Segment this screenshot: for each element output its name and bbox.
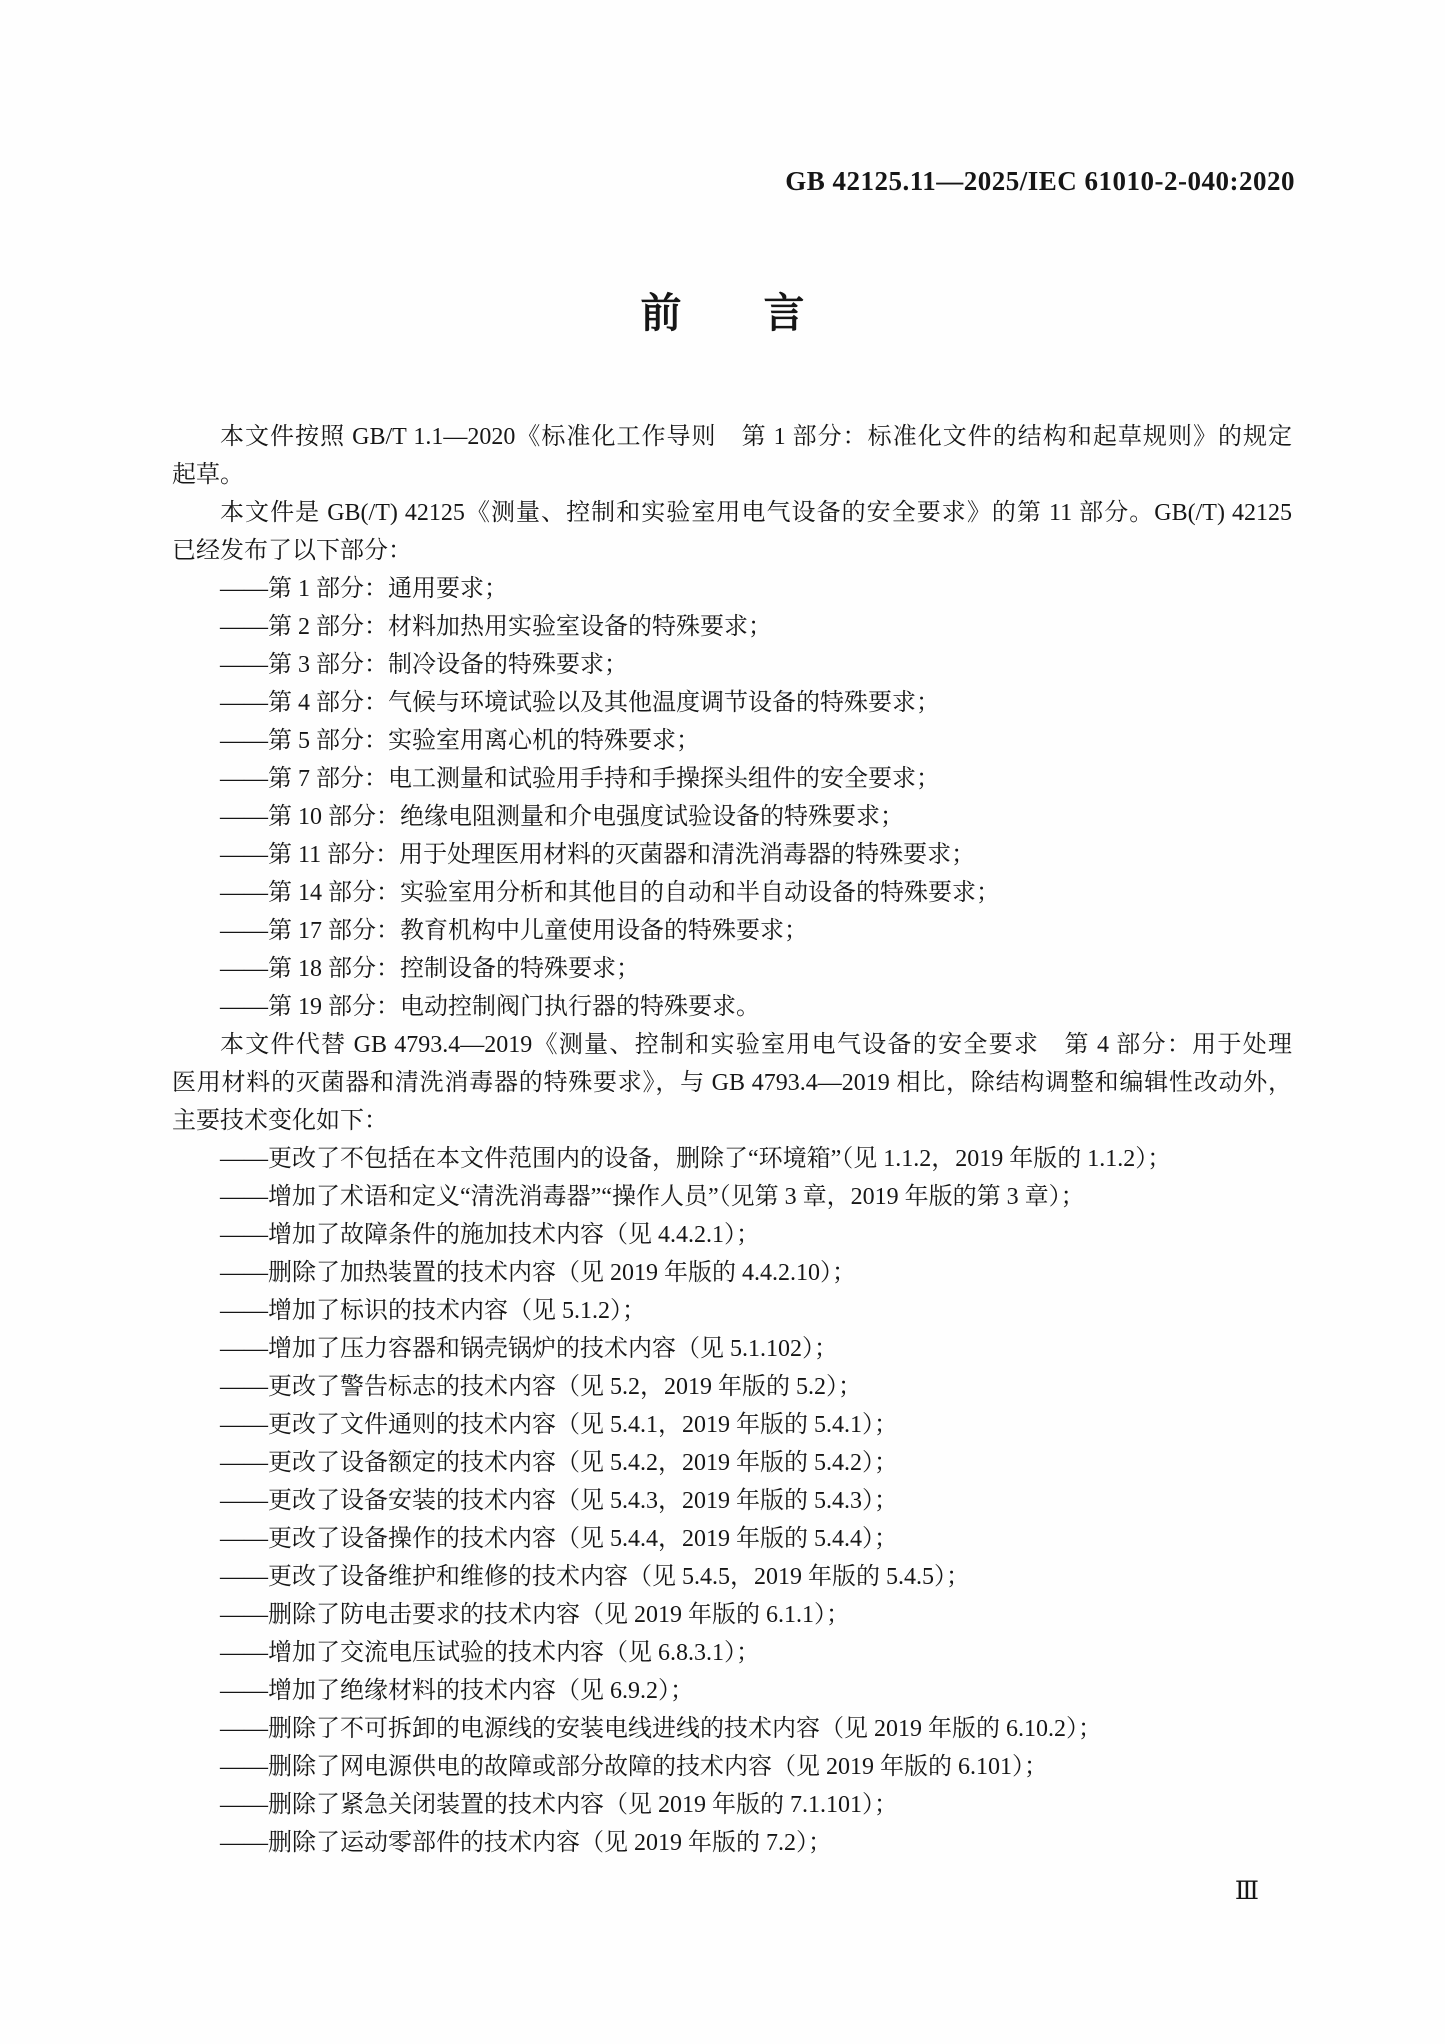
changes-list-item: ——增加了交流电压试验的技术内容（见 6.8.3.1）； <box>172 1634 1292 1672</box>
parts-list-item: ——第 2 部分：材料加热用实验室设备的特殊要求； <box>172 608 1292 646</box>
standard-number: GB 42125.11—2025/IEC 61010-2-040:2020 <box>785 166 1295 197</box>
changes-list-item: ——增加了故障条件的施加技术内容（见 4.4.2.1）； <box>172 1216 1292 1254</box>
changes-list-item: ——更改了设备安装的技术内容（见 5.4.3，2019 年版的 5.4.3）； <box>172 1482 1292 1520</box>
changes-list-item: ——删除了加热装置的技术内容（见 2019 年版的 4.4.2.10）； <box>172 1254 1292 1292</box>
changes-list-item: ——更改了设备维护和维修的技术内容（见 5.4.5，2019 年版的 5.4.5… <box>172 1558 1292 1596</box>
paragraph-line: 主要技术变化如下： <box>172 1102 1292 1140</box>
changes-list-item: ——更改了警告标志的技术内容（见 5.2，2019 年版的 5.2）； <box>172 1368 1292 1406</box>
parts-list-item: ——第 14 部分：实验室用分析和其他目的自动和半自动设备的特殊要求； <box>172 874 1292 912</box>
parts-list-item: ——第 3 部分：制冷设备的特殊要求； <box>172 646 1292 684</box>
changes-list-item: ——更改了设备额定的技术内容（见 5.4.2，2019 年版的 5.4.2）； <box>172 1444 1292 1482</box>
parts-list-item: ——第 10 部分：绝缘电阻测量和介电强度试验设备的特殊要求； <box>172 798 1292 836</box>
changes-list-item: ——删除了紧急关闭装置的技术内容（见 2019 年版的 7.1.101）； <box>172 1786 1292 1824</box>
paragraph-line: 已经发布了以下部分： <box>172 532 1292 570</box>
changes-list-item: ——删除了防电击要求的技术内容（见 2019 年版的 6.1.1）； <box>172 1596 1292 1634</box>
changes-list-item: ——更改了不包括在本文件范围内的设备，删除了“环境箱”（见 1.1.2，2019… <box>172 1140 1292 1178</box>
parts-list-item: ——第 18 部分：控制设备的特殊要求； <box>172 950 1292 988</box>
parts-list-item: ——第 7 部分：电工测量和试验用手持和手操探头组件的安全要求； <box>172 760 1292 798</box>
parts-list-item: ——第 4 部分：气候与环境试验以及其他温度调节设备的特殊要求； <box>172 684 1292 722</box>
changes-list-item: ——更改了文件通则的技术内容（见 5.4.1，2019 年版的 5.4.1）； <box>172 1406 1292 1444</box>
parts-list-item: ——第 17 部分：教育机构中儿童使用设备的特殊要求； <box>172 912 1292 950</box>
parts-list-item: ——第 11 部分：用于处理医用材料的灭菌器和清洗消毒器的特殊要求； <box>172 836 1292 874</box>
document-page: GB 42125.11—2025/IEC 61010-2-040:2020 前 … <box>0 0 1445 2044</box>
changes-list-item: ——删除了不可拆卸的电源线的安装电线进线的技术内容（见 2019 年版的 6.1… <box>172 1710 1292 1748</box>
changes-list-item: ——更改了设备操作的技术内容（见 5.4.4，2019 年版的 5.4.4）； <box>172 1520 1292 1558</box>
paragraph-line: 起草。 <box>172 456 1292 494</box>
changes-list-item: ——增加了标识的技术内容（见 5.1.2）； <box>172 1292 1292 1330</box>
changes-list-item: ——增加了术语和定义“清洗消毒器”“操作人员”（见第 3 章，2019 年版的第… <box>172 1178 1292 1216</box>
page-number: Ⅲ <box>1235 1878 1259 1906</box>
paragraph-line: 本文件按照 GB/T 1.1—2020《标准化工作导则 第 1 部分：标准化文件… <box>172 418 1292 456</box>
paragraph-line: 医用材料的灭菌器和清洗消毒器的特殊要求》，与 GB 4793.4—2019 相比… <box>172 1064 1292 1102</box>
foreword-title: 前 言 <box>0 288 1445 338</box>
paragraph-line: 本文件是 GB(/T) 42125《测量、控制和实验室用电气设备的安全要求》的第… <box>172 494 1292 532</box>
changes-list-item: ——增加了压力容器和锅壳锅炉的技术内容（见 5.1.102）； <box>172 1330 1292 1368</box>
paragraph-line: 本文件代替 GB 4793.4—2019《测量、控制和实验室用电气设备的安全要求… <box>172 1026 1292 1064</box>
changes-list-item: ——增加了绝缘材料的技术内容（见 6.9.2）； <box>172 1672 1292 1710</box>
parts-list-item: ——第 5 部分：实验室用离心机的特殊要求； <box>172 722 1292 760</box>
changes-list-item: ——删除了运动零部件的技术内容（见 2019 年版的 7.2）； <box>172 1824 1292 1862</box>
parts-list-item: ——第 1 部分：通用要求； <box>172 570 1292 608</box>
foreword-body: 本文件按照 GB/T 1.1—2020《标准化工作导则 第 1 部分：标准化文件… <box>172 418 1292 1862</box>
changes-list-item: ——删除了网电源供电的故障或部分故障的技术内容（见 2019 年版的 6.101… <box>172 1748 1292 1786</box>
parts-list-item: ——第 19 部分：电动控制阀门执行器的特殊要求。 <box>172 988 1292 1026</box>
